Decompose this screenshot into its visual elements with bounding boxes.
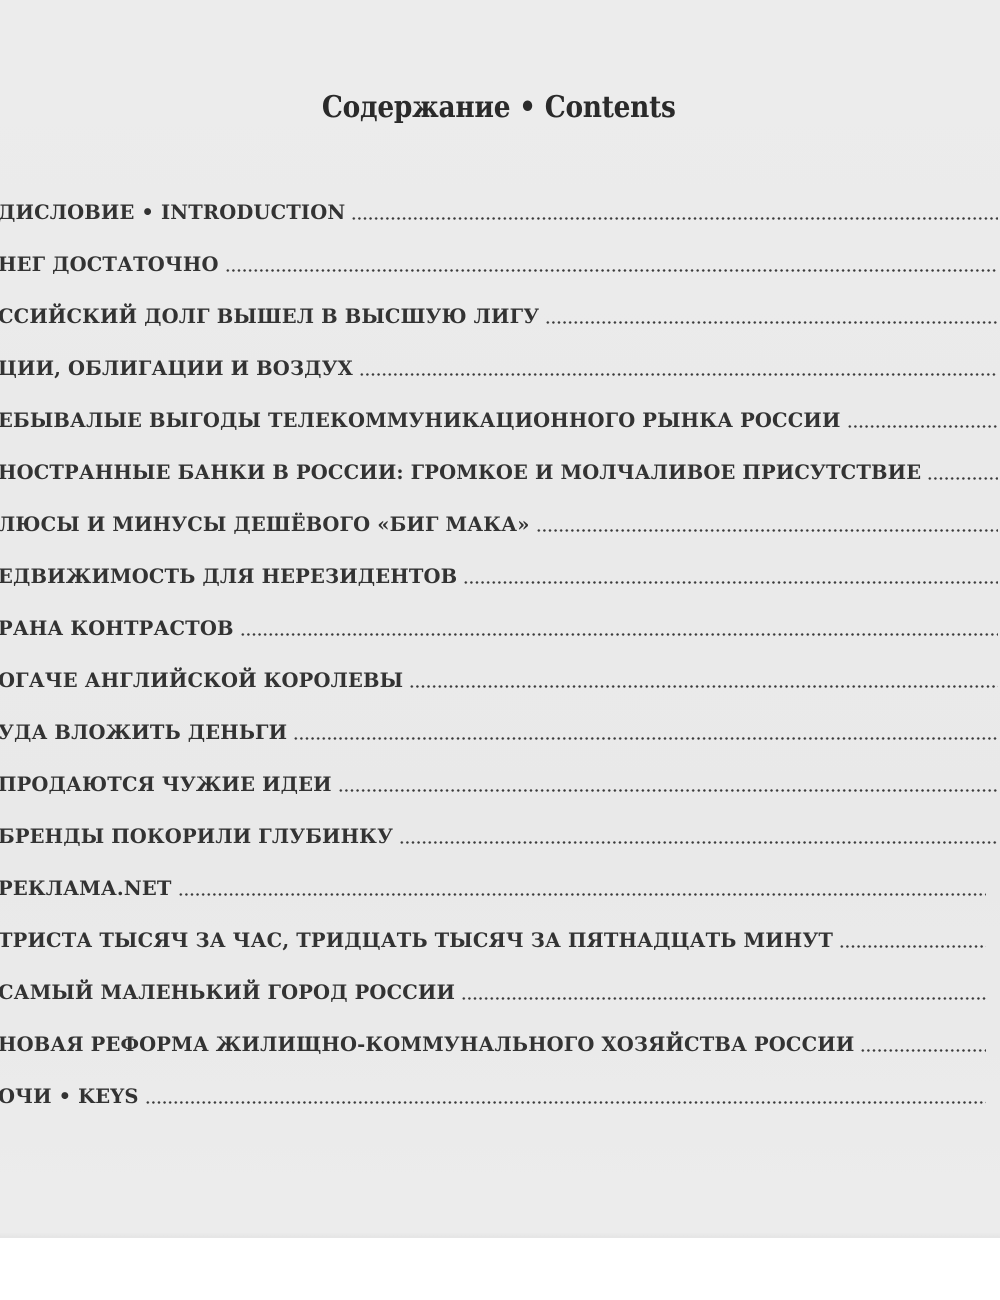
toc-entry[interactable]: РАНА КОНТРАСТОВ bbox=[0, 615, 1000, 667]
toc-entry[interactable]: ТРИСТА ТЫСЯЧ ЗА ЧАС, ТРИДЦАТЬ ТЫСЯЧ ЗА П… bbox=[0, 927, 1000, 979]
toc-entry-title: ОГАЧЕ АНГЛИЙСКОЙ КОРОЛЕВЫ bbox=[0, 667, 409, 695]
dot-leader bbox=[399, 823, 998, 851]
toc-entry[interactable]: ССИЙСКИЙ ДОЛГ ВЫШЕЛ В ВЫСШУЮ ЛИГУ bbox=[0, 303, 1000, 355]
book-page: Содержание • Contents ДИСЛОВИЕ • INTRODU… bbox=[0, 0, 1000, 1238]
toc-entry[interactable]: ОЧИ • KEYS 1 bbox=[0, 1083, 1000, 1135]
dot-leader bbox=[461, 979, 986, 1007]
toc-entry-title: БРЕНДЫ ПОКОРИЛИ ГЛУБИНКУ bbox=[0, 823, 399, 851]
dot-leader bbox=[145, 1083, 986, 1111]
toc-entry[interactable]: ЕДВИЖИМОСТЬ ДЛЯ НЕРЕЗИДЕНТОВ bbox=[0, 563, 1000, 615]
dot-leader bbox=[351, 199, 998, 227]
toc-entry[interactable]: ПРОДАЮТСЯ ЧУЖИЕ ИДЕИ bbox=[0, 771, 1000, 823]
toc-entry[interactable]: ОГАЧЕ АНГЛИЙСКОЙ КОРОЛЕВЫ bbox=[0, 667, 1000, 719]
toc-entry[interactable]: ЦИИ, ОБЛИГАЦИИ И ВОЗДУХ bbox=[0, 355, 1000, 407]
contents-heading: Содержание • Contents bbox=[59, 90, 939, 125]
toc-entry-title: НОВАЯ РЕФОРМА ЖИЛИЩНО-КОММУНАЛЬНОГО ХОЗЯ… bbox=[0, 1031, 860, 1059]
dot-leader bbox=[847, 407, 998, 435]
dot-leader bbox=[927, 459, 998, 487]
toc-entry[interactable]: НОСТРАННЫЕ БАНКИ В РОССИИ: ГРОМКОЕ И МОЛ… bbox=[0, 459, 1000, 511]
dot-leader bbox=[409, 667, 998, 695]
toc-entry[interactable]: САМЫЙ МАЛЕНЬКИЙ ГОРОД РОССИИ 1 bbox=[0, 979, 1000, 1031]
toc-entry-title: ССИЙСКИЙ ДОЛГ ВЫШЕЛ В ВЫСШУЮ ЛИГУ bbox=[0, 303, 545, 331]
toc-entry-title: ЕДВИЖИМОСТЬ ДЛЯ НЕРЕЗИДЕНТОВ bbox=[0, 563, 463, 591]
toc-entry-title: ЦИИ, ОБЛИГАЦИИ И ВОЗДУХ bbox=[0, 355, 359, 383]
toc-entry[interactable]: ЛЮСЫ И МИНУСЫ ДЕШЁВОГО «БИГ МАКА» bbox=[0, 511, 1000, 563]
toc-entry-title: РАНА КОНТРАСТОВ bbox=[0, 615, 240, 643]
dot-leader bbox=[359, 355, 998, 383]
dot-leader bbox=[860, 1031, 986, 1059]
table-of-contents: ДИСЛОВИЕ • INTRODUCTION НЕГ ДОСТАТОЧНО С… bbox=[0, 199, 1000, 1135]
toc-entry[interactable]: НЕГ ДОСТАТОЧНО bbox=[0, 251, 1000, 303]
toc-entry-title: ДИСЛОВИЕ • INTRODUCTION bbox=[0, 199, 351, 227]
dot-leader bbox=[545, 303, 998, 331]
dot-leader bbox=[178, 875, 987, 903]
toc-entry-title: ТРИСТА ТЫСЯЧ ЗА ЧАС, ТРИДЦАТЬ ТЫСЯЧ ЗА П… bbox=[0, 927, 839, 955]
toc-entry[interactable]: ЕБЫВАЛЫЕ ВЫГОДЫ ТЕЛЕКОММУНИКАЦИОННОГО РЫ… bbox=[0, 407, 1000, 459]
dot-leader bbox=[338, 771, 998, 799]
toc-entry[interactable]: БРЕНДЫ ПОКОРИЛИ ГЛУБИНКУ bbox=[0, 823, 1000, 875]
toc-entry-title: ЕБЫВАЛЫЕ ВЫГОДЫ ТЕЛЕКОММУНИКАЦИОННОГО РЫ… bbox=[0, 407, 847, 435]
toc-entry-title: УДА ВЛОЖИТЬ ДЕНЬГИ bbox=[0, 719, 293, 747]
dot-leader bbox=[293, 719, 998, 747]
toc-entry-title: РЕКЛАМА.NET bbox=[0, 875, 178, 903]
dot-leader bbox=[463, 563, 998, 591]
dot-leader bbox=[536, 511, 998, 539]
toc-entry[interactable]: ДИСЛОВИЕ • INTRODUCTION bbox=[0, 199, 1000, 251]
toc-entry-title: ОЧИ • KEYS bbox=[0, 1083, 145, 1111]
toc-entry-title: НЕГ ДОСТАТОЧНО bbox=[0, 251, 225, 279]
toc-entry-title: ЛЮСЫ И МИНУСЫ ДЕШЁВОГО «БИГ МАКА» bbox=[0, 511, 536, 539]
toc-entry-title: ПРОДАЮТСЯ ЧУЖИЕ ИДЕИ bbox=[0, 771, 338, 799]
toc-entry[interactable]: НОВАЯ РЕФОРМА ЖИЛИЩНО-КОММУНАЛЬНОГО ХОЗЯ… bbox=[0, 1031, 1000, 1083]
toc-entry-title: САМЫЙ МАЛЕНЬКИЙ ГОРОД РОССИИ bbox=[0, 979, 461, 1007]
toc-entry-title: НОСТРАННЫЕ БАНКИ В РОССИИ: ГРОМКОЕ И МОЛ… bbox=[0, 459, 927, 487]
dot-leader bbox=[240, 615, 998, 643]
toc-entry[interactable]: УДА ВЛОЖИТЬ ДЕНЬГИ bbox=[0, 719, 1000, 771]
dot-leader bbox=[225, 251, 998, 279]
dot-leader bbox=[839, 927, 986, 955]
toc-entry[interactable]: РЕКЛАМА.NET 1 bbox=[0, 875, 1000, 927]
